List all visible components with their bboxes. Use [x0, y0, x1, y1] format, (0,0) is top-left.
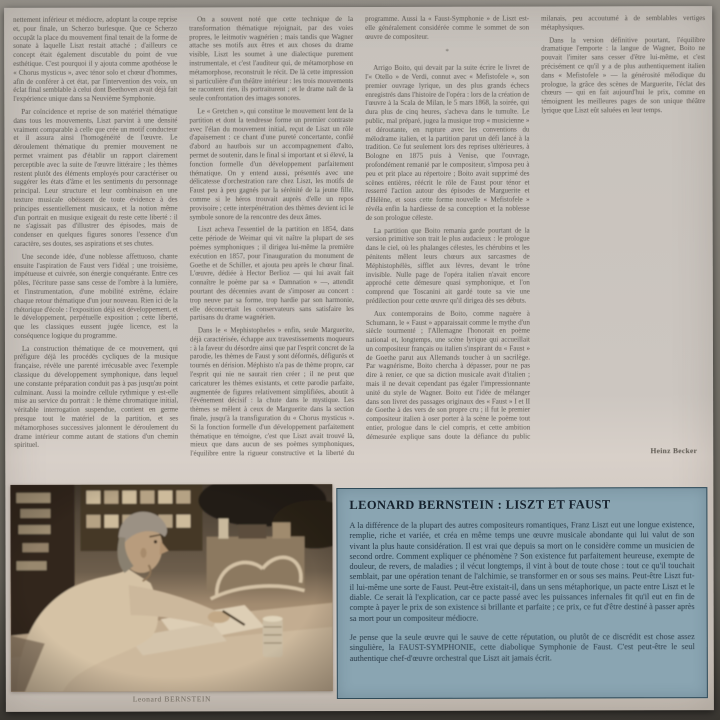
- text-paragraph: On a souvent noté que cette technique de…: [189, 15, 353, 103]
- text-paragraph: nettement inférieur et médiocre, adoptan…: [13, 15, 177, 103]
- feature-box-body: A la différence de la plupart des autres…: [349, 520, 694, 664]
- text-paragraph: Liszt acheva l'essentiel de la partition…: [190, 225, 354, 322]
- bernstein-photo: [10, 484, 333, 692]
- feature-box: LEONARD BERNSTEIN : LISZT ET FAUST A la …: [336, 487, 708, 699]
- text-paragraph: Arrigo Boito, qui devait par la suite éc…: [365, 64, 529, 223]
- text-paragraph: La partition que Boito remania garde pou…: [366, 226, 530, 306]
- text-paragraph: Une seconde idée, d'une noblesse affettu…: [14, 252, 178, 340]
- text-paragraph: Je pense que la seule œuvre qui le sauve…: [350, 632, 695, 664]
- text-paragraph: Dans la version définitive pourtant, l'é…: [541, 36, 705, 116]
- photo-caption: Leonard BERNSTEIN: [11, 694, 333, 704]
- text-paragraph: A la différence de la plupart des autres…: [349, 520, 694, 624]
- essay-author-signature: Heinz Becker: [651, 446, 698, 455]
- feature-box-title: LEONARD BERNSTEIN : LISZT ET FAUST: [349, 497, 694, 512]
- album-back-cover: nettement inférieur et médiocre, adoptan…: [4, 6, 714, 712]
- liner-notes-essay: nettement inférieur et médiocre, adoptan…: [13, 14, 706, 460]
- bernstein-photo-illustration: [10, 484, 333, 692]
- text-paragraph: Par coïncidence et reprise de son matéri…: [13, 107, 177, 248]
- text-paragraph: La construction thématique de ce mouveme…: [14, 344, 178, 450]
- text-paragraph: Le « Gretchen », qui constitue le mouvem…: [189, 107, 353, 222]
- essay-section-separator: *: [365, 48, 529, 57]
